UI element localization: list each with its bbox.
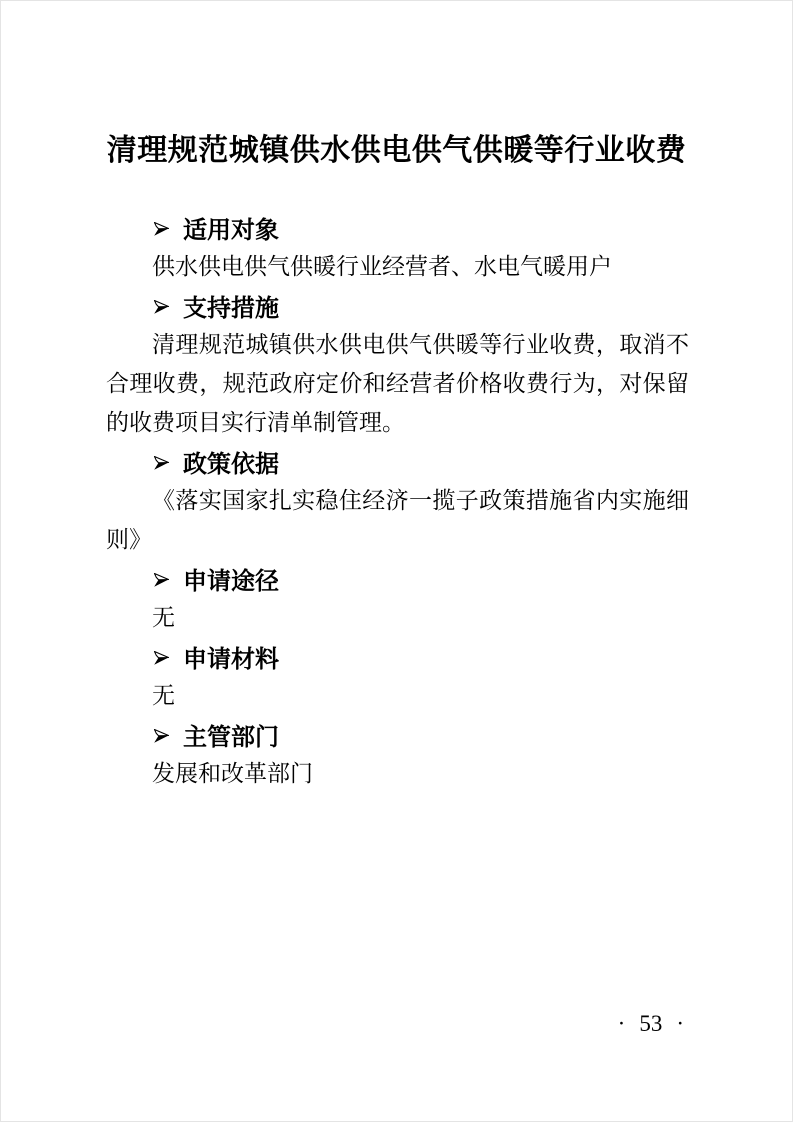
arrowhead-right-icon [153, 221, 170, 237]
arrowhead-right-icon [153, 572, 170, 588]
section-heading-label: 适用对象 [183, 210, 279, 245]
section-heading: 主管部门 [106, 715, 689, 754]
section-heading: 申请材料 [106, 637, 689, 676]
section-application-route: 申请途径 无 [106, 559, 689, 637]
section-heading: 支持措施 [106, 286, 689, 325]
section-applicable-subjects: 适用对象 供水供电供气供暖行业经营者、水电气暖用户 [106, 208, 689, 286]
section-heading-label: 支持措施 [183, 288, 279, 323]
section-heading-label: 政策依据 [183, 444, 279, 479]
section-heading: 政策依据 [106, 442, 689, 481]
section-body: 清理规范城镇供水供电供气供暖等行业收费，取消不合理收费，规范政府定价和经营者价格… [106, 325, 689, 442]
section-support-measures: 支持措施 清理规范城镇供水供电供气供暖等行业收费，取消不合理收费，规范政府定价和… [106, 286, 689, 442]
section-body: 无 [106, 676, 689, 715]
section-body: 发展和改革部门 [106, 754, 689, 793]
document-page: 清理规范城镇供水供电供气供暖等行业收费 适用对象 供水供电供气供暖行业经营者、水… [0, 0, 793, 1122]
section-body: 无 [106, 598, 689, 637]
arrowhead-right-icon [153, 455, 170, 471]
section-heading-label: 主管部门 [183, 717, 279, 752]
page-number-value: 53 [639, 1011, 662, 1037]
section-body: 《落实国家扎实稳住经济一揽子政策措施省内实施细则》 [106, 481, 689, 559]
section-heading-label: 申请材料 [183, 639, 279, 674]
section-competent-department: 主管部门 发展和改革部门 [106, 715, 689, 793]
section-heading-label: 申请途径 [183, 561, 279, 596]
page-number: · 53 · [618, 1011, 684, 1037]
document-title: 清理规范城镇供水供电供气供暖等行业收费 [51, 132, 742, 170]
section-body: 供水供电供气供暖行业经营者、水电气暖用户 [106, 247, 689, 286]
section-application-materials: 申请材料 无 [106, 637, 689, 715]
document-content: 适用对象 供水供电供气供暖行业经营者、水电气暖用户 支持措施 清理规范城镇供水供… [106, 208, 689, 793]
section-heading: 申请途径 [106, 559, 689, 598]
arrowhead-right-icon [153, 650, 170, 666]
page-number-dot-right: · [676, 1011, 684, 1037]
section-heading: 适用对象 [106, 208, 689, 247]
arrowhead-right-icon [153, 728, 170, 744]
page-number-dot-left: · [618, 1011, 626, 1037]
arrowhead-right-icon [153, 299, 170, 315]
section-policy-basis: 政策依据 《落实国家扎实稳住经济一揽子政策措施省内实施细则》 [106, 442, 689, 559]
